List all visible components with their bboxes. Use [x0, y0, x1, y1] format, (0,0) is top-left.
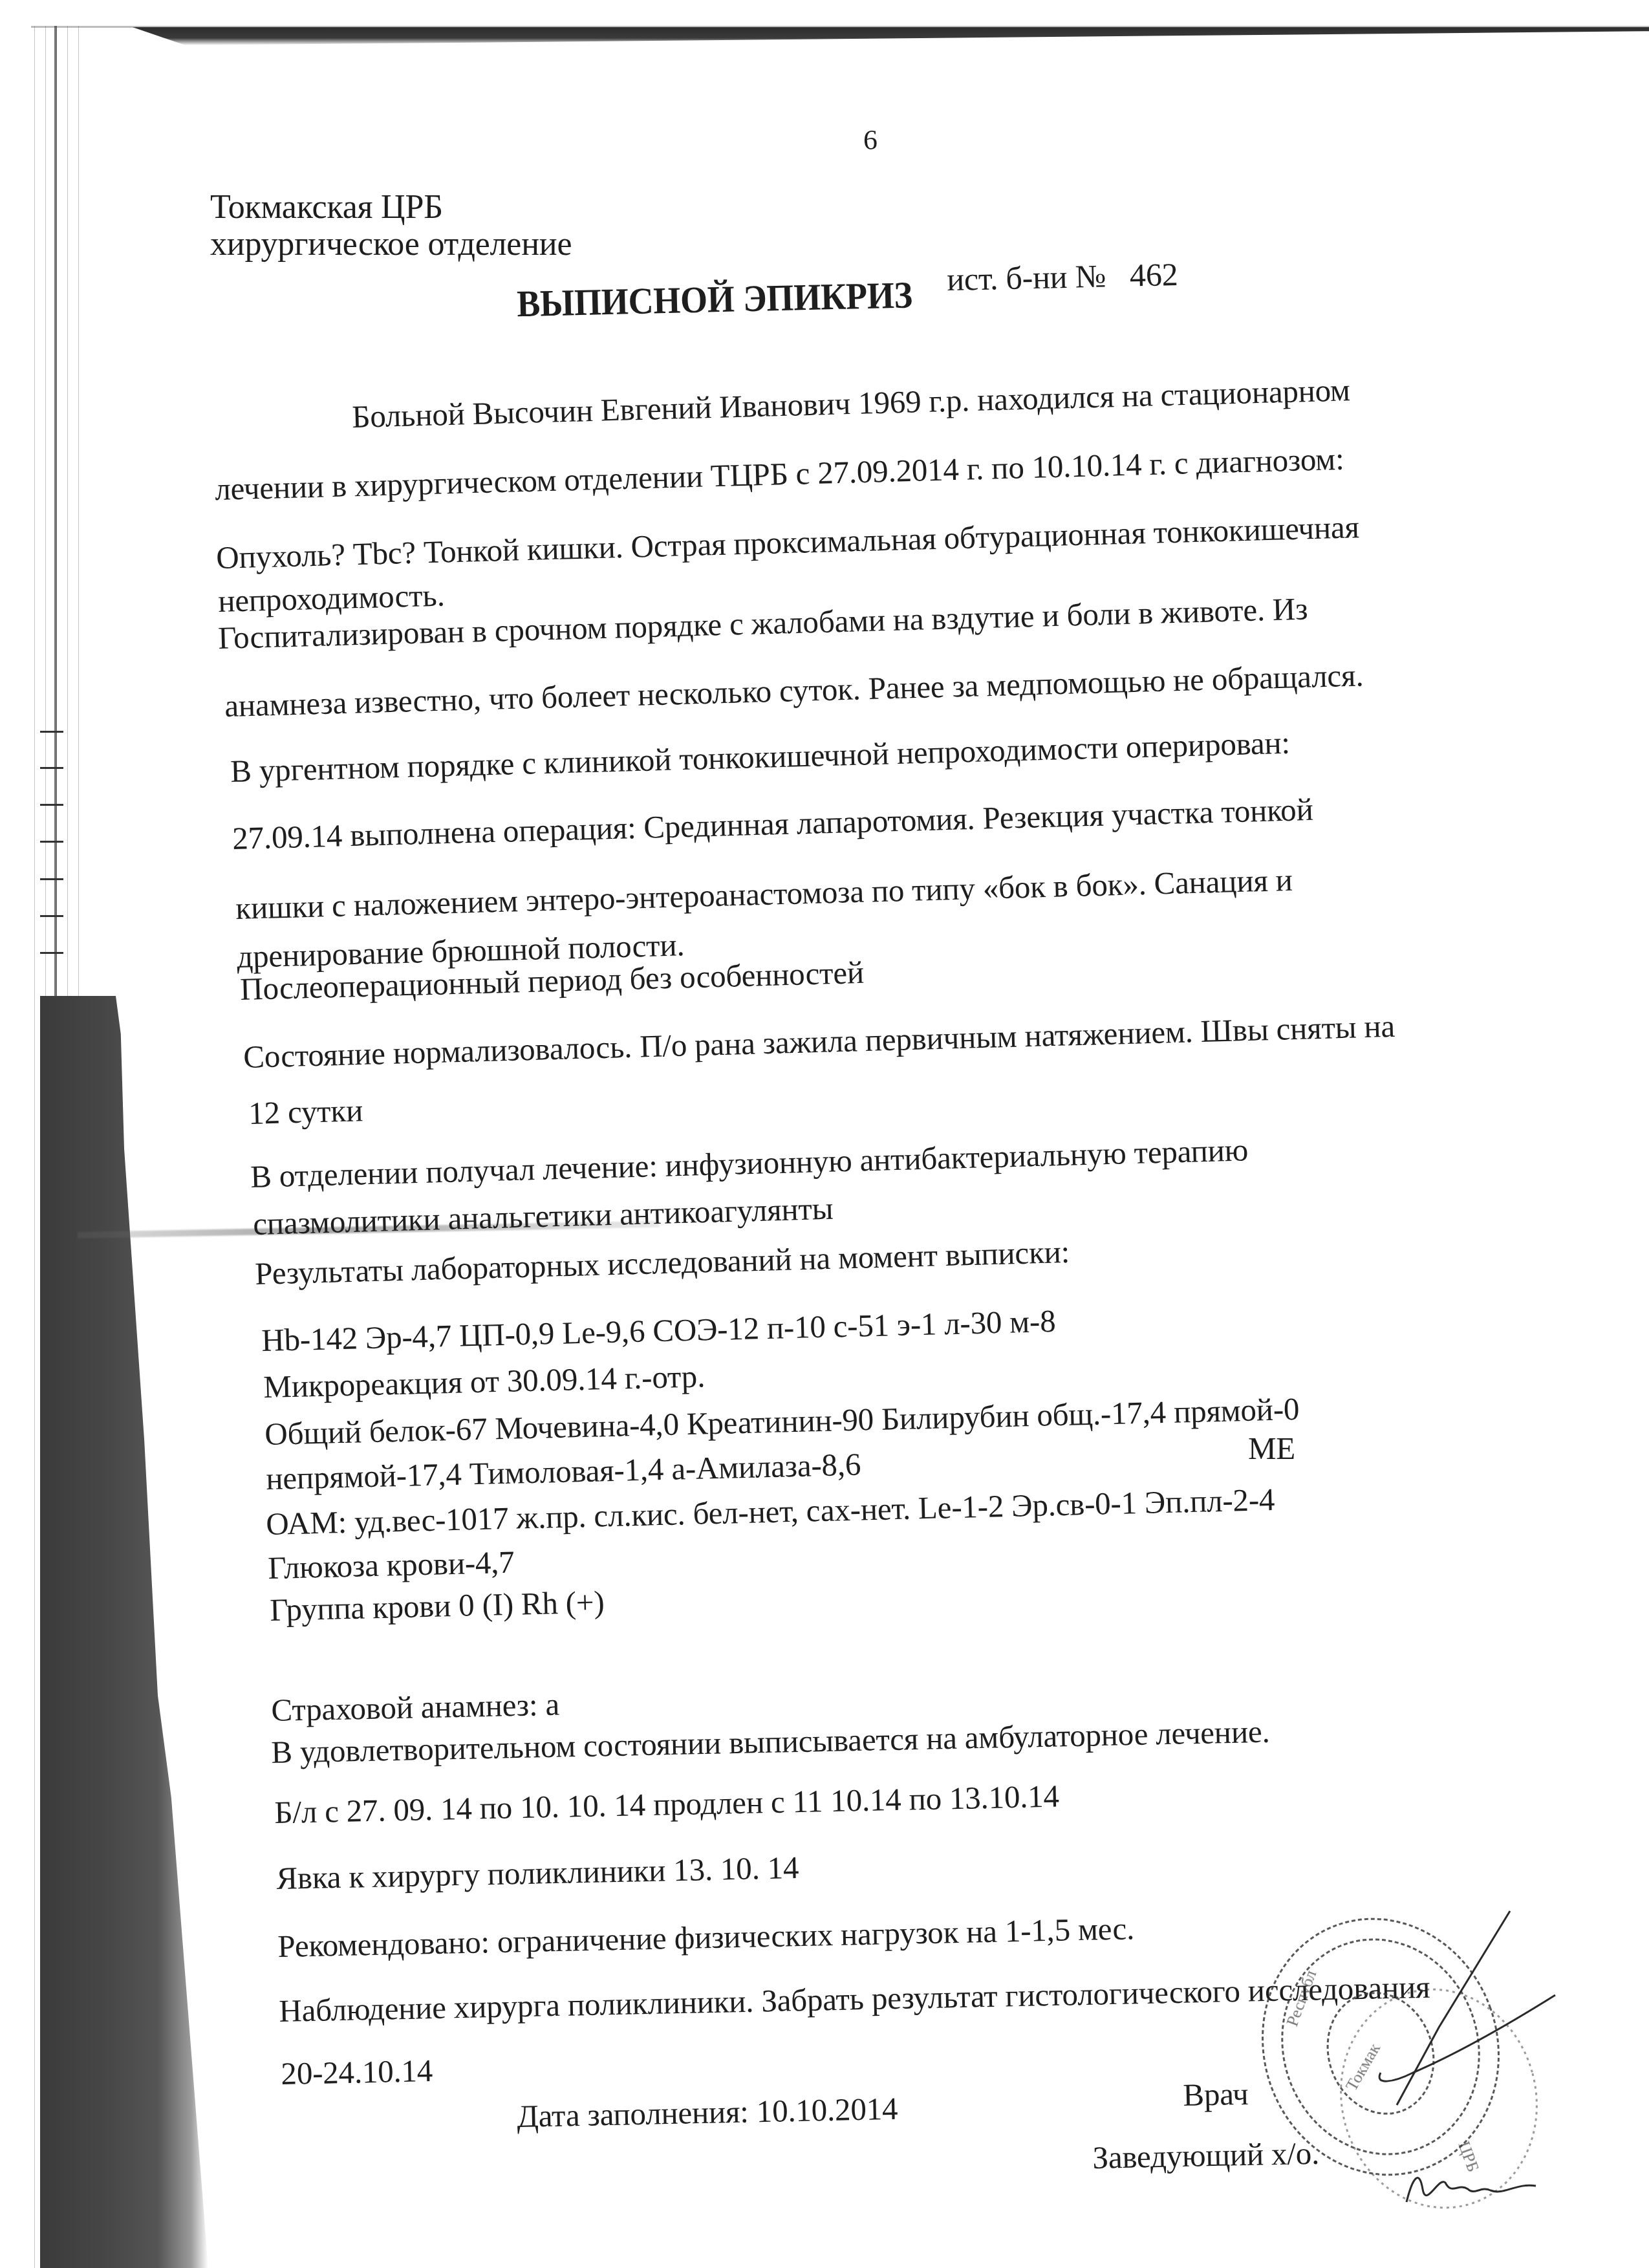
document-title: ВЫПИСНОЙ ЭПИКРИЗ [517, 276, 913, 323]
scan-left-shadow [40, 996, 208, 2268]
insurance-history: Страховой анамнез: а [271, 1689, 559, 1726]
svg-text:Токмак: Токмак [1342, 2040, 1384, 2094]
lab-cbc: Hb-142 Эр-4,7 ЦП-0,9 Le-9,6 СОЭ-12 п-10 … [261, 1305, 1056, 1356]
body-line: кишки с наложением энтеро-энтероанастомо… [235, 864, 1293, 924]
body-line: Состояние нормализовалось. П/о рана зажи… [243, 1010, 1396, 1073]
scan-top-shadow [133, 27, 1649, 45]
recommendations: Рекомендовано: ограничение физических на… [277, 1912, 1135, 1962]
lab-biochemistry-2: непрямой-17,4 Тимоловая-1,4 а-Амилаза-8,… [266, 1449, 861, 1495]
body-line: Опухоль? Tbc? Тонкой кишки. Острая прокс… [216, 511, 1360, 574]
lab-biochemistry-1: Общий белок-67 Мочевина-4,0 Креатинин-90… [264, 1393, 1300, 1450]
organization-name: Токмакская ЦРБ [210, 191, 443, 224]
official-stamp-icon: Республ Токмак ЦРБ [1245, 1898, 1581, 2221]
lab-microreaction: Микрореакция от 30.09.14 г.-отр. [263, 1360, 706, 1403]
histology-date: 20-24.10.14 [281, 2055, 433, 2090]
head-of-department-label: Заведующий х/о. [1092, 2137, 1320, 2174]
lab-unit-me: МЕ [1248, 1432, 1295, 1464]
surgeon-appointment: Явка к хирургу поликлиники 13. 10. 14 [276, 1852, 799, 1894]
history-label: ист. б-ни № [947, 257, 1106, 297]
body-line: спазмолитики анальгетики антикоагулянты [253, 1193, 834, 1240]
lab-blood-group: Группа крови 0 (I) Rh (+) [270, 1586, 605, 1626]
body-line: непроходимость. [218, 579, 446, 617]
svg-text:ЦРБ: ЦРБ [1454, 2139, 1483, 2174]
fill-date-label: Дата заполнения: [517, 2094, 749, 2134]
fill-date-value: 10.10.2014 [756, 2091, 898, 2130]
doctor-label: Врач [1183, 2078, 1249, 2111]
fill-date: Дата заполнения: 10.10.2014 [517, 2093, 898, 2132]
department-name: хирургическое отделение [210, 228, 572, 261]
page-number: 6 [863, 126, 878, 155]
body-line: 12 сутки [248, 1094, 363, 1129]
body-line: 27.09.14 выполнена операция: Срединная л… [232, 794, 1313, 854]
body-line: лечении в хирургическом отделении ТЦРБ с… [215, 443, 1344, 505]
sick-leave: Б/л с 27. 09. 14 по 10. 10. 14 продлен с… [274, 1780, 1059, 1828]
history-value: 462 [1129, 256, 1178, 294]
observation-note: Наблюдение хирурга поликлиники. Забрать … [279, 1971, 1430, 2027]
body-line: В отделении получал лечение: инфузионную… [250, 1134, 1249, 1193]
body-line: В ургентном порядке с клиникой тонкокише… [230, 727, 1291, 787]
body-line: Больной Высочин Евгений Иванович 1969 г.… [352, 374, 1351, 433]
lab-glucose: Глюкоза крови-4,7 [268, 1546, 515, 1584]
body-line: анамнеза известно, что болеет несколько … [224, 659, 1364, 722]
body-line: Результаты лабораторных исследований на … [255, 1236, 1070, 1290]
history-number: ист. б-ни № 462 [947, 258, 1178, 296]
